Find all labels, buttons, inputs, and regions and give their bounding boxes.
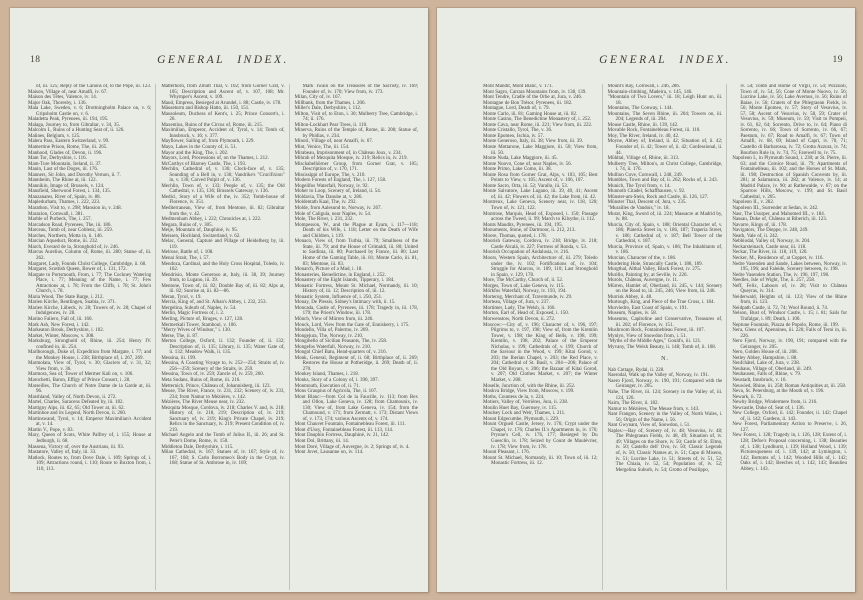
index-entry: New College, Oxford, ii. 142; Founder, i… xyxy=(732,411,847,422)
page-title-right: GENERAL INDEX. xyxy=(483,54,847,66)
index-entry: Moscow:—City of, v. 196; Character of, v… xyxy=(483,323,598,384)
index-entry: Michael Angelo and the Tomb of Julius II… xyxy=(161,433,284,444)
index-entry: Nero Fjord, Norway, iv. 190, 191; compar… xyxy=(732,339,847,350)
index-entry: Monte Salvatore, Lake Lugano, iii. 39, 4… xyxy=(483,189,598,200)
index-entry: Moncada, Castle of, Pyrenees, iii. 178; … xyxy=(295,306,418,317)
index-entry: Mompesson, W., and the Plague at Eyam, i… xyxy=(295,223,418,240)
index-entry: Matlock, Routes to, from Dove Dale, i. 1… xyxy=(28,456,151,473)
index-column: iv. 54; Tomb and Home of Virgil, iv. 54;… xyxy=(726,84,847,590)
index-entry: Monk, General, Regiment of, ii. 68; Birt… xyxy=(295,356,418,373)
index-entry: Mountains, The Seven Rhine, iii. 204; To… xyxy=(608,112,723,123)
book-spread: 18 GENERAL INDEX. of, iii. 125; Reply of… xyxy=(0,0,863,600)
index-entry: Maximilian, Emperor, Accident of, Tyrol,… xyxy=(161,128,284,139)
index-entry: Naero Fjord, Norway, iv. 190, 191; Compa… xyxy=(608,379,723,390)
index-entry: Napoleon I., in Plymouth Sound, i. 230; … xyxy=(732,156,847,200)
index-entry: Nera, Glens of, Apennines, iii. 226; Fal… xyxy=(732,328,847,339)
index-entry: "Mountain of Two Lovers," iii. 18; Leigh… xyxy=(608,95,723,106)
index-entry: Nedre Vasenden and Sande, Lakes between,… xyxy=(732,262,847,273)
index-entry: Meuse, The River, France, iv. 231, 232; … xyxy=(161,389,284,400)
index-entry: Murcia, Province of, Spain, v. 186; The … xyxy=(608,245,723,256)
index-entry: Mechlin, Town of, v. 133; People of, v. … xyxy=(161,184,284,195)
index-entry: Monastic Fortress, Mount St. Michael, No… xyxy=(295,284,418,295)
index-entry: Montrose, Marquis, Head of, Exposed, i. … xyxy=(483,212,598,223)
index-entry: Moors, Western Spain, Architecture of, i… xyxy=(483,256,598,278)
index-entry: Mount St. Michael, Normandy, iii. 10; To… xyxy=(483,456,598,467)
index-entry: Mausoleum, Duchess of Kent's, i. 25; Pri… xyxy=(161,112,284,123)
index-entry: New Forest, i. 128; Tragedy in, i. 126, … xyxy=(732,433,847,472)
index-entry: Messina, A Coasting Voyage to, iv. 252—2… xyxy=(161,361,284,372)
index-entry-continuation: Mark Twain on the Treasures of the Sacri… xyxy=(295,84,418,95)
index-column: Mark Twain on the Treasures of the Sacri… xyxy=(289,84,418,590)
index-entry: Murcia, City of, Spain, v. 188; Oriental… xyxy=(608,223,723,245)
index-entry: Mihrab of Mezquita Mosque, iv. 219; Reli… xyxy=(295,156,418,162)
index-entry: Melac, General, Capture and Pillage of H… xyxy=(161,239,284,250)
index-entry: Mont Jovet, Lausanne on, iv. 114. xyxy=(295,450,418,456)
index-entry: Mediterranean, View of, from Mentone, ii… xyxy=(161,206,284,217)
index-entry: Monaco, View of, from Turbia, iii. 79; S… xyxy=(295,239,418,267)
index-entry: Mont Blanc:—from Col de la Faucille, iv.… xyxy=(295,395,418,423)
index-column: Mont Mandit, Mont Blanc, v. 171.Mont Sag… xyxy=(483,84,598,590)
index-entry: Moorish Gateway, Cordova, iv. 218; Bridg… xyxy=(483,239,598,250)
index-entry: Mentone, Town of, iii. 82; Double Bay of… xyxy=(161,284,284,295)
index-entry: Marksburg, Stronghold of, Rhine, iii. 25… xyxy=(28,339,151,350)
index-entry: Neiderwald, Heights of, iii. 123; View o… xyxy=(732,295,847,306)
index-entry: Minerva, Ruins of the Temple of, Rome, i… xyxy=(295,128,418,139)
page-left-header: 18 GENERAL INDEX. xyxy=(28,54,418,70)
index-entry: Neff, Felix, Labours of, iv. 28; Visit t… xyxy=(732,284,847,295)
index-entry: Merton College, Oxford, ii. 132; Founder… xyxy=(161,339,284,356)
index-entry-continuation: of, iii. 125; Reply of the Canons of, to… xyxy=(28,84,151,90)
index-entry: Milan Cathedral, iv. 167; Statues of, iv… xyxy=(161,450,284,467)
index-entry: Matterhorn, from Zmutt Thal, v. 102; fro… xyxy=(161,84,284,101)
index-entry: Margate to Portsmouth, From, i. 77; The … xyxy=(28,273,151,295)
index-entry: Mürren, Hamlet of, Oberland, iii. 245, v… xyxy=(608,284,723,295)
index-entry: Murat, King, Sword of, iii. 224; Massacr… xyxy=(608,212,723,223)
index-entry: Mechlin, Cathedral of, v. 136; Clock-fac… xyxy=(161,167,284,184)
index-entry: Mala Lake, Sweden, v. 6; Drottningholm P… xyxy=(28,106,151,117)
index-entry: Marmolata, View of, Tyrol, v. 30; Glacie… xyxy=(28,361,151,372)
index-entry: Moyne, Abbey of, Ireland, ii. 42; Situat… xyxy=(608,139,723,156)
index-entry: Montreux, Lake Geneva, Scenery near, iv.… xyxy=(483,200,598,211)
page-title-left: GENERAL INDEX. xyxy=(28,54,418,66)
index-entry: Monte Casino, The Benedictine Monastery … xyxy=(483,117,598,123)
index-entry: Mulberry Tree, Milton's, at Christ Colle… xyxy=(608,162,723,173)
index-entry: Nelson, Bust of, Windsor Castle, i. 15; … xyxy=(732,311,847,322)
index-entry: Marseilles, The Church of Notre Dame de … xyxy=(28,384,151,395)
index-entry: Mendoza, Cardinal, and the Holy Cross Ho… xyxy=(161,262,284,273)
index-entry: Museums, Capitoline and Conservative, Tr… xyxy=(608,317,723,328)
index-entry: Milton, Visit of, to Eton, i. 30; Mulber… xyxy=(295,112,418,123)
index-entry: Mary, Queen of Scots, White Palfrey of, … xyxy=(28,433,151,444)
index-column: of, iii. 125; Reply of the Canons of, to… xyxy=(28,84,151,590)
index-entry: Medici, Story of a Wife of the, iv. 352;… xyxy=(161,195,284,206)
index-entry: Mount Orgueil Castle, Jersey, iv. 176; C… xyxy=(483,422,598,450)
page-right-columns: Mont Mandit, Mont Blanc, v. 171.Mont Sag… xyxy=(483,84,847,590)
page-left-columns: of, iii. 125; Reply of the Canons of, to… xyxy=(28,84,418,590)
index-entry: Marien Kirche, Lübeck, iv. 28; Towers of… xyxy=(28,306,151,317)
page-right: GENERAL INDEX. 19 Mont Mandit, Mont Blan… xyxy=(437,8,855,592)
index-entry-continuation: iv. 54; Tomb and Home of Virgil, iv. 54;… xyxy=(732,84,847,156)
index-entry: Naples:—Bay of, Scenery of, iv. 48; Vesu… xyxy=(608,429,723,473)
index-entry: Myvany, The Welsh Beauty, ii. 148; Tomb … xyxy=(608,345,723,351)
index-entry: Mezquita Mosque, Cordova, iv. 218; Charl… xyxy=(161,406,284,434)
index-entry: Monte Rosa from Gorner Grat, Alps, v. 10… xyxy=(483,173,598,184)
index-column: Mount's Bay, Cornwall, i. 246, 286.Mount… xyxy=(602,84,723,590)
page-left: 18 GENERAL INDEX. of, iii. 125; Reply of… xyxy=(10,8,428,592)
index-entry: Marcus Aurelius, Column of, Rome, iii. 2… xyxy=(28,250,151,261)
index-entry: Martinswand, Tyrol, v. 14; Emperor Maxim… xyxy=(28,417,151,428)
section-heading: N. xyxy=(608,357,723,363)
index-entry: Nant Frangon, Scenery in the Valley of, … xyxy=(608,412,723,423)
index-entry: Mendrisio, Monte Generoso at, Italy, iii… xyxy=(161,273,284,284)
index-entry: New Forest, Parliamentary Action to Pres… xyxy=(732,422,847,433)
page-number-right: 19 xyxy=(833,55,844,65)
index-column: Matterhorn, from Zmutt Thal, v. 102; fro… xyxy=(155,84,284,590)
index-entry: Mayors, Lord, Processions of, on the Tha… xyxy=(161,156,284,162)
index-entry: Monte Mottarone, Lake Maggiore, iii. 50;… xyxy=(483,145,598,156)
index-entry: Nahe, The River, iii. 124; Scenery in th… xyxy=(608,390,723,401)
index-entry: Mischabelhörner Group, from Gorner Grat,… xyxy=(295,162,418,173)
index-entry: Marlborough, Duke of, Expedition from Ma… xyxy=(28,350,151,361)
page-right-header: GENERAL INDEX. 19 xyxy=(483,54,847,70)
index-entry: Mont Tendre, Cradle of the Orbe at, Jura… xyxy=(483,95,598,101)
